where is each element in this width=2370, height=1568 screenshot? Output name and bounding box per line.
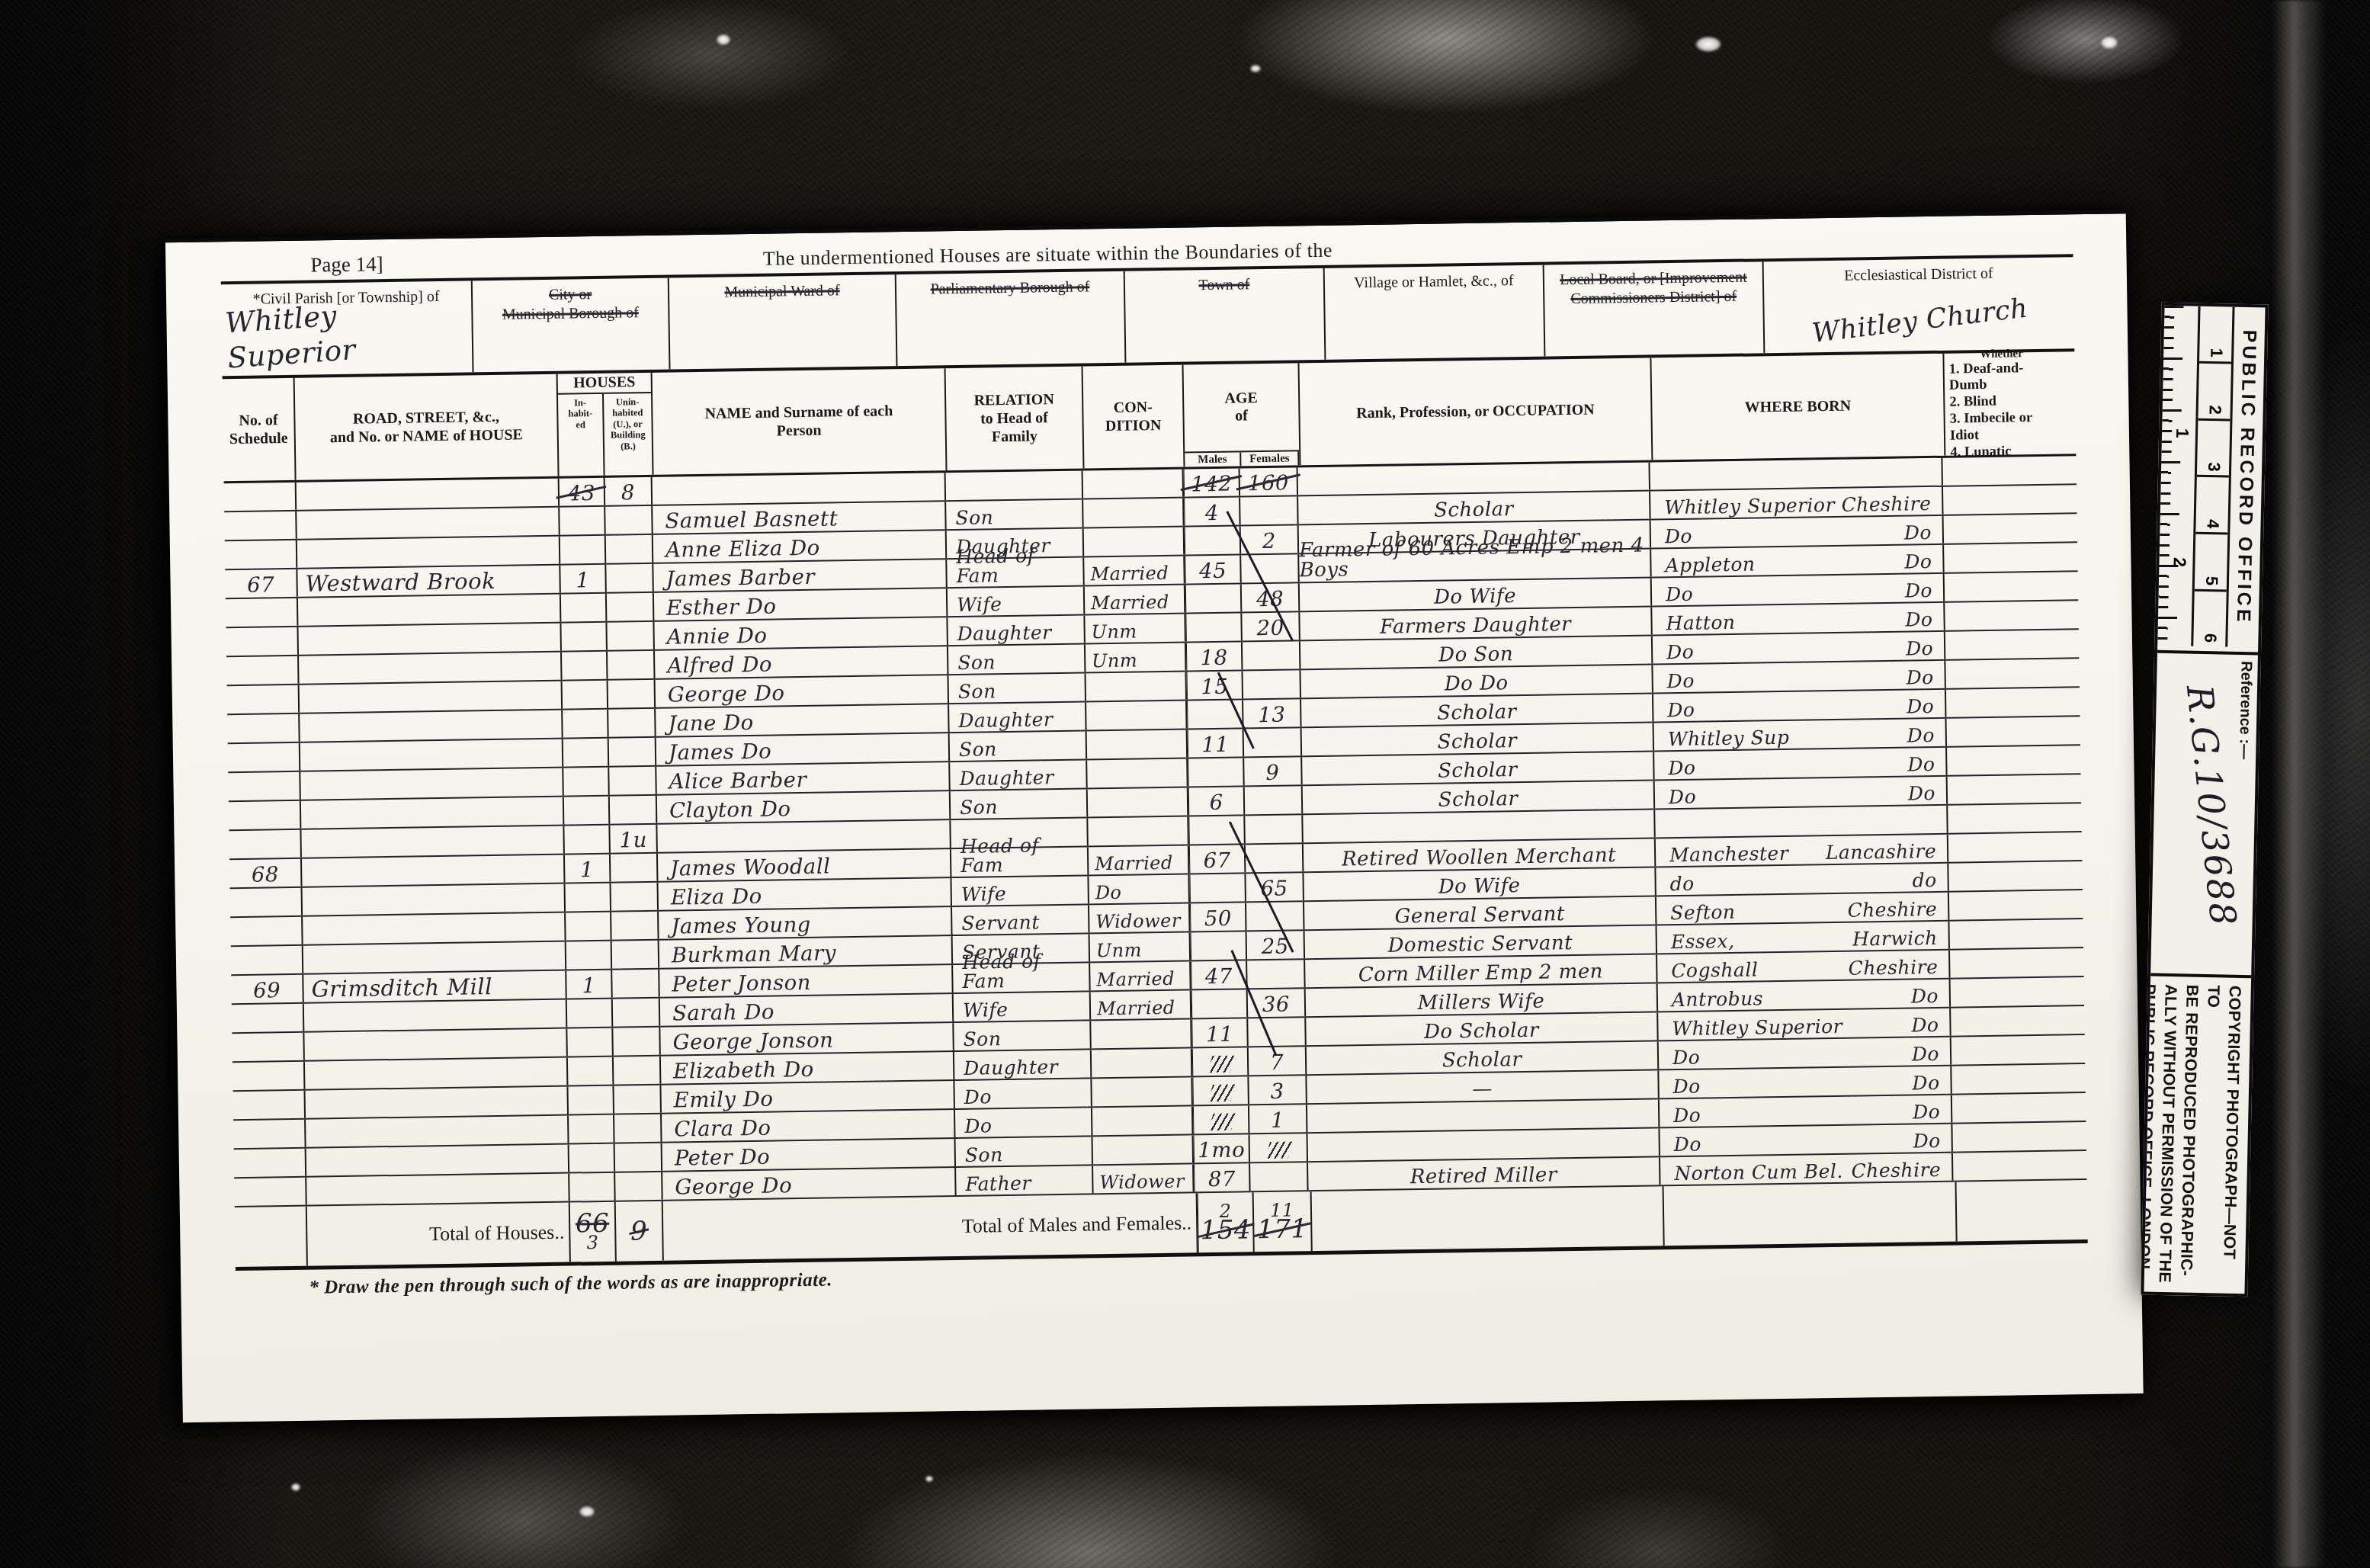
- col-whereborn-header: WHERE BORN: [1651, 354, 1945, 460]
- born-county: Do: [1908, 784, 1935, 803]
- cell-where-born: do do: [1656, 864, 1948, 896]
- cell-where-born: Whitley Sup Do: [1654, 719, 1947, 751]
- cell-person-name: Peter Jonson: [659, 965, 953, 997]
- born-county: Do: [1905, 610, 1932, 630]
- born-county: Cheshire: [1847, 899, 1937, 920]
- born-county: Do: [1913, 1102, 1940, 1122]
- cell-condition: [1087, 759, 1188, 788]
- born-county: Cheshire: [1848, 957, 1938, 978]
- cell-age-male: 15: [1186, 671, 1243, 699]
- born-county: Do: [1913, 1131, 1940, 1151]
- cell-road-name: [303, 942, 566, 973]
- cell-person-name: Clara Do: [662, 1110, 955, 1142]
- pro-copyright-section: COPYRIGHT PHOTOGRAPH—NOT TO BE REPRODUCE…: [2144, 976, 2251, 1294]
- cell-condition: Widower: [1093, 1164, 1195, 1193]
- cell-person-name: [653, 473, 946, 505]
- cell-occupation: Farmers Daughter: [1300, 607, 1652, 640]
- cell-occupation: Scholar: [1302, 723, 1654, 755]
- cell-inhabited: [564, 826, 611, 854]
- town-cell: Town of: [1125, 268, 1326, 363]
- cell-inhabited: [561, 594, 608, 622]
- cell-age-female: [1245, 815, 1304, 843]
- cell-age-male: [1185, 584, 1243, 612]
- cell-age-female: [1247, 960, 1306, 988]
- ruler-cm-scale: 1 2 3 4 5 6: [2191, 306, 2232, 647]
- cell-where-born: Do Do: [1659, 1066, 1951, 1098]
- cell-inhabited: [561, 623, 608, 651]
- cell-uninhabited: [612, 941, 660, 969]
- cell-schedule-number: [230, 917, 303, 945]
- cell-age-female: 13: [1243, 699, 1302, 727]
- parliamentary-borough-cell: Parliamentary Borough of: [896, 271, 1127, 366]
- cell-whether-infirm: [1948, 775, 2063, 804]
- cell-occupation: [1307, 1099, 1660, 1132]
- cell-inhabited: [563, 710, 609, 738]
- cell-occupation: Do Wife: [1304, 867, 1656, 900]
- cell-condition: Unm: [1086, 643, 1187, 672]
- cell-whether-infirm: [1948, 832, 2064, 861]
- cell-age-female: 3: [1249, 1076, 1307, 1104]
- town-label: Town of: [1198, 276, 1249, 293]
- cell-age-female: [1243, 641, 1301, 669]
- cell-condition: Widower: [1089, 903, 1191, 932]
- cell-age-female: 1: [1249, 1105, 1308, 1133]
- cell-person-name: Eliza Do: [658, 878, 951, 910]
- cell-where-born: Manchester Lancashire: [1656, 835, 1948, 867]
- cell-condition: Married: [1084, 556, 1185, 585]
- copyright-notice: COPYRIGHT PHOTOGRAPH—NOT TO BE REPRODUCE…: [2144, 976, 2251, 1290]
- cell-road-name: [300, 768, 563, 800]
- born-place: Do: [1665, 527, 1692, 547]
- cell-where-born: Do Do: [1654, 748, 1947, 780]
- cell-where-born: Whitley Superior Do: [1658, 1008, 1951, 1041]
- born-place: Cogshall: [1671, 960, 1758, 980]
- cell-schedule-number: [233, 1091, 306, 1119]
- cell-relation: Daughter: [948, 615, 1086, 645]
- cell-age-female: 7: [1249, 1047, 1307, 1075]
- cell-where-born: Whitley Superior Cheshire: [1650, 487, 1943, 519]
- cell-condition: Married: [1091, 990, 1192, 1019]
- pro-ruler-section: PUBLIC RECORD OFFICE 1 2 3 4 5 6 1 2: [2157, 306, 2266, 656]
- cell-where-born: [1655, 806, 1948, 838]
- born-county: Do: [1912, 1044, 1939, 1064]
- cell-occupation: [1298, 462, 1650, 495]
- born-place: Do: [1668, 758, 1695, 778]
- cell-condition: Unm: [1090, 932, 1191, 961]
- cell-person-name: [657, 820, 951, 852]
- cell-inhabited: [566, 883, 612, 912]
- cell-occupation: Do Wife: [1300, 578, 1652, 611]
- cell-uninhabited: [614, 1085, 662, 1114]
- cell-schedule-number: [224, 511, 297, 540]
- cell-inhabited: [563, 768, 610, 796]
- cell-person-name: James Woodall: [658, 849, 951, 881]
- cell-age-female: [1249, 1134, 1308, 1162]
- cell-age-male: [1192, 1047, 1249, 1076]
- cell-age-male: 87: [1194, 1163, 1251, 1191]
- cell-where-born: Hatton Do: [1652, 603, 1945, 635]
- born-county: Do: [1911, 986, 1939, 1006]
- born-county: Do: [1905, 581, 1932, 601]
- born-county: Do: [1907, 726, 1935, 746]
- cell-occupation: Scholar: [1303, 781, 1655, 813]
- cell-road-name: [304, 1029, 567, 1060]
- cell-age-female: [1244, 728, 1303, 756]
- cell-age-male: 6: [1188, 787, 1246, 815]
- cell-occupation: Scholar: [1307, 1041, 1659, 1074]
- cell-person-name: Alice Barber: [656, 762, 950, 794]
- cell-relation: Daughter: [950, 760, 1088, 790]
- cell-age-male: 142: [1184, 468, 1241, 496]
- cell-where-born: Do Do: [1653, 661, 1945, 693]
- cell-whether-infirm: [1942, 457, 2057, 486]
- cell-person-name: Elizabeth Do: [661, 1052, 954, 1084]
- cell-age-female: [1240, 496, 1299, 524]
- col-age-header: AGE of Males Females: [1183, 363, 1300, 467]
- cell-person-name: Clayton Do: [657, 791, 951, 823]
- total-males-females-label: Total of Males and Females..: [663, 1193, 1198, 1260]
- cell-road-name: Westward Brook: [297, 566, 560, 597]
- public-record-office-card: PUBLIC RECORD OFFICE 1 2 3 4 5 6 1 2 Ref…: [2141, 303, 2268, 1297]
- cell-whether-infirm: [1953, 1151, 2068, 1180]
- cell-person-name: Alfred Do: [655, 646, 948, 678]
- cell-whether-infirm: [1945, 601, 2060, 630]
- local-board-label: Local Board, or [Improvement Commissione…: [1560, 269, 1747, 307]
- cell-whether-infirm: [1946, 688, 2061, 717]
- dust-speck: [717, 34, 730, 45]
- total-females: 11 171: [1254, 1191, 1313, 1252]
- cell-relation: Do: [955, 1108, 1093, 1137]
- cell-uninhabited: [614, 1114, 662, 1143]
- cell-age-female: 160: [1240, 467, 1299, 495]
- cell-whether-infirm: [1944, 544, 2059, 572]
- cell-relation: Son: [948, 644, 1086, 674]
- cell-age-female: [1248, 1018, 1307, 1046]
- born-county: Harwich: [1852, 928, 1938, 949]
- cell-schedule-number: [225, 540, 298, 569]
- born-place: Do: [1672, 1048, 1700, 1068]
- cell-relation: Daughter: [949, 702, 1087, 732]
- born-place: do: [1669, 874, 1694, 893]
- born-place: Do: [1673, 1106, 1701, 1126]
- cell-person-name: James Barber: [653, 560, 947, 592]
- cell-schedule-number: [230, 888, 303, 916]
- cell-road-name: [303, 884, 566, 915]
- born-place: Do: [1667, 672, 1695, 691]
- cell-schedule-number: [227, 714, 300, 742]
- born-place: Appleton: [1665, 554, 1755, 575]
- cell-whether-infirm: [1945, 630, 2061, 659]
- females-label: Females: [1241, 451, 1299, 466]
- cell-inhabited: [567, 1028, 614, 1057]
- cell-road-name: [297, 537, 560, 568]
- cell-person-name: Jane Do: [656, 704, 949, 736]
- cell-age-female: [1246, 844, 1304, 872]
- cell-condition: [1093, 1135, 1195, 1164]
- cell-relation: Father: [956, 1166, 1094, 1195]
- cell-road-name: [298, 624, 561, 655]
- born-place: Essex,: [1671, 932, 1735, 951]
- cell-condition: [1087, 730, 1188, 759]
- cell-age-male: [1189, 874, 1246, 902]
- cell-occupation: Scholar: [1301, 694, 1653, 726]
- inhabited-label: In- habit- ed: [558, 394, 605, 476]
- cell-whether-infirm: [1948, 861, 2064, 890]
- cell-occupation: Domestic Servant: [1305, 925, 1657, 958]
- cell-whether-infirm: [1951, 1006, 2066, 1035]
- cell-inhabited: [569, 1115, 615, 1143]
- cell-age-male: 50: [1190, 903, 1247, 931]
- municipal-borough-cell: City or Municipal Borough of: [473, 278, 671, 373]
- cell-inhabited: [569, 1144, 616, 1172]
- cell-where-born: Do Do: [1660, 1124, 1952, 1156]
- cell-where-born: Antrobus Do: [1658, 980, 1951, 1012]
- civil-parish-cell: *Civil Parish [or Township] of Whitley S…: [221, 281, 474, 376]
- cell-relation: Son: [951, 789, 1089, 819]
- cell-condition: Do: [1089, 874, 1190, 903]
- cell-where-born: Do Do: [1655, 777, 1948, 809]
- cell-occupation: Do Scholar: [1306, 1012, 1658, 1045]
- cell-road-name: [300, 681, 563, 713]
- cell-whether-infirm: [1945, 572, 2060, 601]
- cell-condition: Unm: [1085, 614, 1186, 643]
- cell-person-name: Esther Do: [654, 588, 948, 620]
- cell-uninhabited: [612, 970, 660, 998]
- cell-inhabited: [560, 507, 606, 535]
- cell-inhabited: [563, 739, 610, 767]
- cell-relation: Daughter: [954, 1050, 1092, 1079]
- municipal-ward-cell: Municipal Ward of: [669, 274, 898, 369]
- cell-relation: Son: [956, 1137, 1094, 1166]
- born-place: Do: [1669, 787, 1696, 807]
- parliamentary-borough-label: Parliamentary Borough of: [930, 278, 1089, 297]
- cell-whether-infirm: [1952, 1093, 2067, 1122]
- cell-occupation: [1307, 1128, 1660, 1161]
- col-road-header: ROAD, STREET, &c., and No. or NAME of HO…: [295, 374, 560, 480]
- cell-road-name: [306, 1145, 569, 1176]
- cell-condition: [1088, 816, 1189, 845]
- cell-relation: Wife: [951, 876, 1089, 906]
- born-county: Do: [1912, 1073, 1939, 1093]
- cell-condition: Married: [1085, 585, 1186, 614]
- houses-label: HOUSES: [558, 373, 651, 395]
- cell-inhabited: [567, 999, 614, 1028]
- ecclesiastical-district-value: Whitley Church: [1769, 287, 2072, 357]
- cell-where-born: [1650, 458, 1942, 490]
- cell-occupation: —: [1307, 1070, 1659, 1103]
- cell-age-male: [1188, 758, 1245, 786]
- cell-age-male: [1192, 1076, 1249, 1105]
- cell-uninhabited: [615, 1143, 663, 1172]
- cell-road-name: [301, 797, 564, 829]
- cell-uninhabited: [608, 680, 656, 708]
- cell-uninhabited: [607, 593, 655, 621]
- col-relation-header: RELATION to Head of Family: [946, 366, 1085, 470]
- born-place: Hatton: [1666, 613, 1735, 633]
- cell-person-name: George Jonson: [660, 1023, 954, 1055]
- whether-list: 1. Deaf-and-Dumb 2. Blind 3. Imbecile or…: [1945, 360, 2061, 461]
- born-place: Do: [1666, 643, 1694, 662]
- born-county: Do: [1907, 755, 1935, 774]
- cell-relation: Son: [949, 673, 1087, 703]
- dust-speck: [2101, 37, 2118, 49]
- born-place: Do: [1667, 701, 1695, 720]
- cell-schedule-number: [233, 1120, 306, 1148]
- cell-uninhabited: [606, 564, 654, 592]
- cell-person-name: Anne Eliza Do: [653, 531, 947, 563]
- reference-value: R.G.10/3688: [2178, 683, 2244, 928]
- cell-road-name: [298, 595, 561, 626]
- cell-where-born: Do Do: [1653, 690, 1946, 722]
- municipal-ward-label: Municipal Ward of: [724, 282, 840, 300]
- cell-age-male: [1185, 526, 1242, 554]
- cell-occupation: Millers Wife: [1306, 983, 1658, 1016]
- cell-age-male: [1191, 989, 1249, 1018]
- cell-person-name: Burkman Mary: [659, 936, 953, 968]
- dust-speck: [1695, 37, 1721, 52]
- cell-whether-infirm: [1950, 948, 2065, 977]
- cell-occupation: Corn Miller Emp 2 men: [1305, 954, 1657, 987]
- cell-person-name: Samuel Basnett: [653, 502, 946, 534]
- cell-uninhabited: [608, 709, 656, 737]
- cell-whether-infirm: [1944, 515, 2059, 544]
- cell-road-name: [300, 739, 563, 771]
- cell-person-name: Annie Do: [654, 617, 948, 649]
- cell-road-name: [303, 913, 566, 944]
- cell-road-name: [306, 1116, 569, 1147]
- cell-where-born: Sefton Cheshire: [1656, 893, 1949, 925]
- males-label: Males: [1185, 452, 1241, 467]
- cell-person-name: George Do: [662, 1168, 956, 1200]
- born-place: Do: [1672, 1077, 1700, 1097]
- cell-condition: Married: [1089, 845, 1190, 874]
- cell-relation: Wife: [948, 586, 1086, 616]
- cell-where-born: Do Do: [1660, 1095, 1952, 1127]
- cell-uninhabited: [613, 1028, 661, 1056]
- ecclesiastical-district-cell: Ecclesiastical District of Whitley Churc…: [1764, 257, 2075, 353]
- cell-road-name: [301, 826, 564, 858]
- born-county: do: [1912, 871, 1936, 890]
- cell-schedule-number: [224, 483, 297, 511]
- born-place: Manchester: [1669, 844, 1788, 864]
- cell-schedule-number: [232, 1004, 305, 1032]
- born-place: Norton Cum Bel.: [1674, 1162, 1843, 1183]
- cell-age-male: [1191, 932, 1248, 960]
- cell-occupation: Retired Miller: [1308, 1157, 1660, 1190]
- local-board-cell: Local Board, or [Improvement Commissione…: [1544, 261, 1765, 356]
- cell-inhabited: 43: [560, 478, 606, 506]
- cell-whether-infirm: [1951, 1064, 2067, 1093]
- cell-relation: Son: [950, 731, 1088, 761]
- cell-relation: Son: [954, 1021, 1092, 1050]
- cell-road-name: [304, 1000, 567, 1031]
- cell-uninhabited: [611, 854, 659, 882]
- cell-person-name: James Do: [656, 733, 950, 765]
- cell-condition: [1086, 672, 1187, 701]
- born-county: Do: [1906, 639, 1933, 659]
- film-edge-strip: [2272, 0, 2326, 1568]
- cell-uninhabited: [605, 506, 653, 534]
- cell-condition: [1086, 701, 1188, 730]
- cell-occupation: Retired Woollen Merchant: [1304, 839, 1656, 871]
- born-county: Do: [1904, 523, 1932, 543]
- cell-whether-infirm: [1946, 717, 2061, 746]
- cell-person-name: Emily Do: [661, 1081, 954, 1113]
- cell-road-name: [300, 710, 563, 742]
- cell-occupation: Farmer of 60 Acres Emp 2 men 4 Boys: [1299, 549, 1651, 582]
- cell-relation: Son: [946, 500, 1084, 530]
- cell-condition: [1092, 1106, 1194, 1135]
- total-houses-inhabited: 66 3: [570, 1202, 617, 1262]
- ruler-inch-scale: 1 2: [2157, 306, 2198, 646]
- cell-road-name: [305, 1087, 568, 1118]
- cell-condition: [1091, 1019, 1192, 1048]
- cell-relation: Head of Fam: [951, 847, 1089, 877]
- cell-where-born: Do Do: [1651, 516, 1944, 548]
- cell-uninhabited: [609, 738, 657, 766]
- cell-relation: Head of Fam: [947, 557, 1085, 587]
- cell-whether-infirm: [1947, 746, 2062, 775]
- cell-inhabited: [562, 652, 608, 680]
- cell-age-male: [1187, 700, 1244, 728]
- dust-speck: [579, 1506, 595, 1517]
- cell-schedule-number: [234, 1149, 307, 1177]
- cell-relation: Do: [954, 1079, 1092, 1108]
- cell-occupation: [1303, 810, 1655, 842]
- born-county: Cheshire: [1841, 494, 1931, 515]
- cell-uninhabited: [614, 1057, 662, 1085]
- cell-inhabited: [563, 681, 609, 709]
- city-or-label: City or: [549, 286, 592, 303]
- cell-schedule-number: [228, 772, 301, 800]
- cell-whether-infirm: [1951, 1035, 2067, 1064]
- cell-schedule-number: [233, 1062, 306, 1090]
- cell-occupation: Scholar: [1298, 491, 1650, 524]
- cell-inhabited: [568, 1057, 614, 1085]
- cell-where-born: Essex, Harwich: [1656, 922, 1949, 954]
- uninhabited-label: Unin- habited (U.), or Building (B.): [604, 393, 653, 476]
- cell-whether-infirm: [1949, 890, 2064, 919]
- cell-uninhabited: [615, 1172, 663, 1201]
- cell-whether-infirm: [1943, 486, 2058, 515]
- cell-uninhabited: [607, 622, 655, 650]
- born-county: Do: [1907, 697, 1934, 717]
- cell-uninhabited: [610, 796, 658, 824]
- born-county: Do: [1904, 552, 1932, 572]
- inch-mark-2: 2: [2169, 557, 2189, 567]
- total-houses-label: Total of Houses..: [307, 1203, 571, 1266]
- born-county: Lancashire: [1826, 842, 1937, 862]
- born-place: Whitley Superior: [1664, 495, 1835, 517]
- cell-schedule-number: [232, 1033, 305, 1061]
- dust-speck: [291, 1483, 300, 1491]
- cell-relation: Wife: [954, 992, 1092, 1021]
- born-county: Do: [1906, 668, 1933, 688]
- cell-schedule-number: [227, 685, 300, 713]
- cell-uninhabited: 8: [605, 477, 653, 505]
- cell-schedule-number: [226, 598, 299, 627]
- cell-whether-infirm: [1951, 977, 2066, 1006]
- total-males: 2 154: [1198, 1192, 1255, 1252]
- cell-uninhabited: [611, 912, 659, 940]
- cell-age-male: [1185, 613, 1243, 641]
- cell-age-male: 67: [1189, 845, 1246, 873]
- municipal-borough-label: Municipal Borough of: [502, 304, 639, 323]
- pro-reference-section: Reference :— R.G.10/3688: [2150, 653, 2258, 979]
- born-place: Sefton: [1670, 903, 1736, 922]
- cell-uninhabited: [606, 535, 654, 563]
- cell-inhabited: 1: [560, 565, 607, 593]
